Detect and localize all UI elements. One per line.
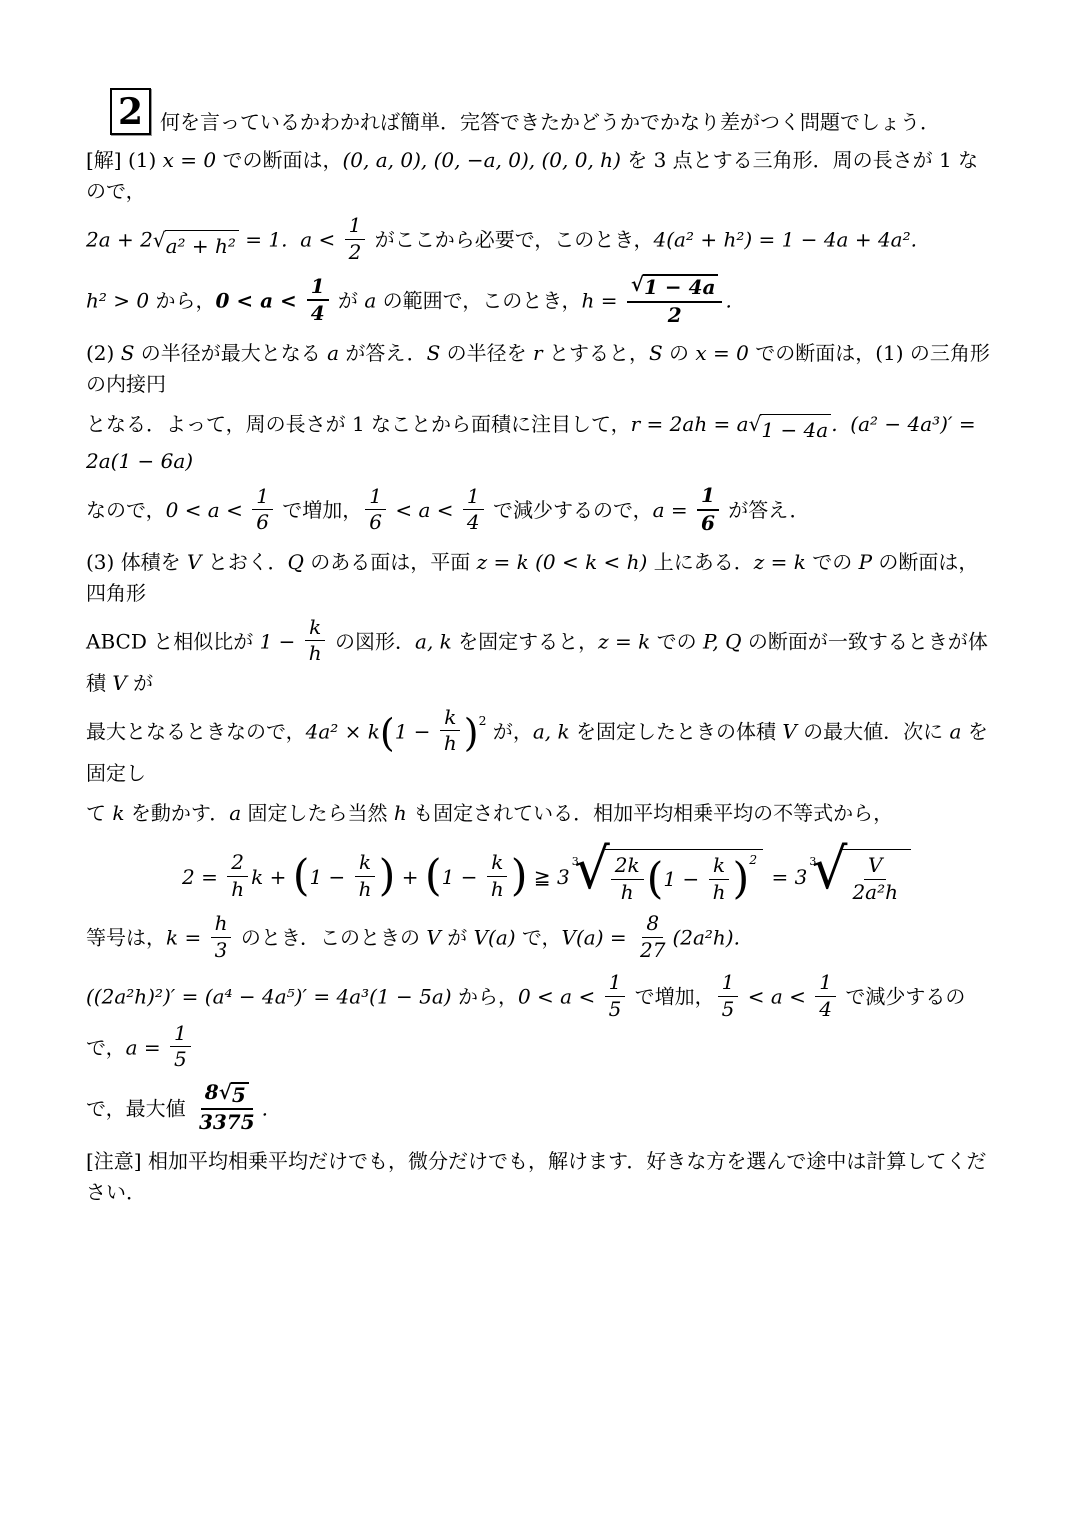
math-text: a = xyxy=(126,1035,167,1059)
numerator: 1 xyxy=(307,275,329,302)
math-text: . xyxy=(262,1096,268,1120)
denominator: 5 xyxy=(170,1047,191,1072)
math-text: V xyxy=(782,719,796,743)
jp-text: [解] (1) xyxy=(86,148,163,172)
jp-text: とおく． xyxy=(202,550,288,574)
jp-text: の最大値．次に xyxy=(797,719,950,743)
solution-line-12: 等号は，k = h3 のとき．このときの V が V(a) で，V(a) = 8… xyxy=(86,914,991,964)
math-text: < a < xyxy=(389,498,460,522)
solution-line-5: となる．よって，周の長さが 1 なことから面積に注目して，r = 2ah = a… xyxy=(86,409,991,477)
jp-text: も固定されている．相加平均相乗平均の不等式から， xyxy=(407,801,893,825)
denominator: 2 xyxy=(345,240,366,265)
math-text: 1 − xyxy=(309,865,351,889)
right-paren: ) xyxy=(464,714,479,752)
jp-text: 固定したら当然 xyxy=(241,801,394,825)
jp-text: が xyxy=(441,926,474,950)
math-text: V xyxy=(112,671,126,695)
denominator: 6 xyxy=(252,510,273,535)
fraction: 15 xyxy=(170,1022,191,1072)
jp-text: で増加， xyxy=(628,985,714,1009)
solution-line-1: [解] (1) x = 0 での断面は，(0, a, 0), (0, −a, 0… xyxy=(86,145,991,207)
math-text: a, k xyxy=(533,719,570,743)
jp-text: [注意] 相加平均相乗平均だけでも，微分だけでも，解けます．好きな方を選んで途中… xyxy=(86,1149,986,1204)
denominator: h xyxy=(617,880,638,905)
denominator: 5 xyxy=(718,997,739,1022)
math-text: (0, a, 0), (0, −a, 0), (0, 0, h) xyxy=(343,148,621,172)
math-text: 0 < a < xyxy=(518,985,602,1009)
jp-text: 等号は， xyxy=(86,926,166,950)
fraction: 16 xyxy=(697,484,719,535)
fraction: 14 xyxy=(307,275,329,326)
jp-text: (2) xyxy=(86,341,121,365)
left-paren: ( xyxy=(293,855,310,898)
jp-text: を動かす． xyxy=(124,801,229,825)
fraction: 2kh xyxy=(611,854,644,904)
denominator: 2a²h xyxy=(848,880,902,905)
jp-text: とすると， xyxy=(543,341,649,365)
denominator: h xyxy=(487,877,508,902)
radical-sign: √ xyxy=(574,847,610,893)
solution-line-10: て k を動かす．a 固定したら当然 h も固定されている．相加平均相乗平均の不… xyxy=(86,798,991,829)
jp-text: が xyxy=(332,289,365,313)
jp-text: のとき．このときの xyxy=(234,926,426,950)
jp-text: から， xyxy=(452,985,518,1009)
radical-sign: √ xyxy=(812,847,848,893)
right-paren: ) xyxy=(732,858,749,901)
right-paren: ) xyxy=(511,855,528,898)
radicand: 2kh(1 − kh)2 xyxy=(605,849,763,904)
numerator: 2 xyxy=(227,851,248,877)
math-text: P, Q xyxy=(703,629,742,653)
jp-text: で，最大値 xyxy=(86,1096,192,1120)
jp-text: なので， xyxy=(86,498,166,522)
math-text: = 3 xyxy=(765,865,807,889)
fraction: V2a²h xyxy=(848,854,902,904)
note-line: [注意] 相加平均相乗平均だけでも，微分だけでも，解けます．好きな方を選んで途中… xyxy=(86,1146,991,1208)
numerator: √1 − 4a xyxy=(627,273,723,303)
left-paren: ( xyxy=(647,858,664,901)
math-text: (2a²h). xyxy=(672,926,740,950)
document-page: 2 何を言っているかわかれば簡単．完答できたかどうかでかなり差がつく問題でしょう… xyxy=(0,0,1075,1208)
math-text: V(a) = xyxy=(562,926,633,950)
numerator: 1 xyxy=(605,971,626,997)
solution-line-6: なので，0 < a < 16 で増加，16 < a < 14 で減少するので，a… xyxy=(86,486,991,537)
jp-text: が答え． xyxy=(339,341,427,365)
jp-text: で， xyxy=(516,926,562,950)
denominator: h xyxy=(709,880,730,905)
root-index: 3 xyxy=(809,855,816,868)
fraction: 8√53375 xyxy=(195,1081,259,1135)
math-text: 1 − xyxy=(442,865,484,889)
jp-text: から， xyxy=(149,289,215,313)
jp-text: での断面は， xyxy=(216,148,342,172)
solution-line-3: h² > 0 から，0 < a < 14 が a の範囲で，このとき，h = √… xyxy=(86,275,991,329)
numerator: k xyxy=(440,706,460,732)
fraction: 15 xyxy=(605,971,626,1021)
radicand: 5 xyxy=(231,1082,249,1108)
math-text: S xyxy=(649,341,663,365)
denominator: 3 xyxy=(211,938,232,963)
math-text: 1 − xyxy=(663,867,705,891)
problem-header: 2 何を言っているかわかれば簡単．完答できたかどうかでかなり差がつく問題でしょう… xyxy=(86,88,991,135)
radicand: a² + h² xyxy=(165,230,239,262)
math-text: x = 0 xyxy=(163,148,216,172)
jp-text: の半径が最大となる xyxy=(134,341,327,365)
math-text: Q xyxy=(287,550,303,574)
math-text: a xyxy=(364,289,376,313)
math-text: 0 < a < xyxy=(166,498,250,522)
numerator: 1 xyxy=(252,485,273,511)
math-text: S xyxy=(427,341,441,365)
jp-text: の xyxy=(663,341,696,365)
jp-text: での xyxy=(650,629,703,653)
math-text: a < xyxy=(300,228,341,252)
numerator: 1 xyxy=(718,971,739,997)
denominator: 4 xyxy=(815,997,836,1022)
denominator: h xyxy=(305,641,326,666)
math-text: V(a) xyxy=(474,926,516,950)
cube-root: 3√2kh(1 − kh)2 xyxy=(572,849,763,904)
math-text: ((2a²h)²)′ = (a⁴ − 4a⁵)′ = 4a³(1 − 5a) xyxy=(86,985,452,1009)
fraction: 2h xyxy=(227,851,248,901)
numerator: k xyxy=(355,851,375,877)
jp-text: ABCD と相似比が xyxy=(86,629,260,653)
solution-line-8: ABCD と相似比が 1 − kh の図形．a, k を固定すると，z = k … xyxy=(86,618,991,699)
math-text: h = xyxy=(581,289,623,313)
math-text: 1 − xyxy=(395,719,437,743)
square-root: √a² + h² xyxy=(153,230,239,262)
jp-text: となる．よって，周の長さが 1 なことから面積に注目して， xyxy=(86,412,631,436)
jp-text: (3) 体積を xyxy=(86,550,187,574)
denominator: 4 xyxy=(307,301,329,326)
denominator: h xyxy=(440,731,461,756)
fraction: h3 xyxy=(211,912,232,962)
math-text: z = k xyxy=(754,550,806,574)
math-text: a, k xyxy=(415,629,452,653)
jp-text: の範囲で，このとき， xyxy=(376,289,581,313)
solution-line-7: (3) 体積を V とおく．Q のある面は，平面 z = k (0 < k < … xyxy=(86,547,991,609)
solution-line-4: (2) S の半径が最大となる a が答え．S の半径を r とすると，S の … xyxy=(86,338,991,400)
math-text: a xyxy=(950,719,962,743)
numerator: 1 xyxy=(463,485,484,511)
math-text: h² > 0 xyxy=(86,289,149,313)
math-text: S xyxy=(121,341,135,365)
cube-root: 3√V2a²h xyxy=(809,849,911,904)
math-text: a = xyxy=(653,498,694,522)
fraction: kh xyxy=(355,851,376,901)
jp-text: の図形． xyxy=(329,629,415,653)
denominator: 27 xyxy=(636,938,669,963)
denominator: 6 xyxy=(365,510,386,535)
fraction: 12 xyxy=(345,214,366,264)
math-text: h xyxy=(394,801,407,825)
coefficient: 8 xyxy=(205,1080,219,1104)
numerator: k xyxy=(305,616,325,642)
jp-text: のある面は，平面 xyxy=(304,550,477,574)
numerator: h xyxy=(211,912,232,938)
math-text: + xyxy=(395,865,424,889)
fraction: 14 xyxy=(463,485,484,535)
math-text: r = 2ah = a xyxy=(631,412,749,436)
jp-text: 最大となるときなので， xyxy=(86,719,306,743)
math-text: k xyxy=(112,801,124,825)
square-root: √1 − 4a xyxy=(631,274,719,300)
left-paren: ( xyxy=(425,855,442,898)
denominator: 6 xyxy=(697,511,719,536)
solution-line-2: 2a + 2√a² + h² = 1. a < 12 がここから必要で，このとき… xyxy=(86,216,991,266)
display-equation: 2 = 2h k + ( 1 − kh ) + ( 1 − kh ) ≧ 3 3… xyxy=(182,849,991,904)
math-text: P xyxy=(859,550,872,574)
fraction: 14 xyxy=(815,971,836,1021)
fraction: kh xyxy=(440,706,461,756)
fraction: 16 xyxy=(365,485,386,535)
denominator: 2 xyxy=(664,303,686,328)
denominator: 5 xyxy=(605,997,626,1022)
math-text: ≧ 3 xyxy=(527,865,569,889)
fraction: 827 xyxy=(636,912,669,962)
jp-text: を固定したときの体積 xyxy=(570,719,783,743)
fraction: 15 xyxy=(718,971,739,1021)
math-text: k = xyxy=(166,926,208,950)
radicand: V2a²h xyxy=(842,849,911,904)
math-text: x = 0 xyxy=(695,341,748,365)
math-text: 2 = xyxy=(182,865,224,889)
jp-text: の半径を xyxy=(440,341,533,365)
jp-text: が答え． xyxy=(722,498,810,522)
jp-text: で増加， xyxy=(276,498,362,522)
numerator: 8√5 xyxy=(201,1081,253,1111)
numerator: k xyxy=(487,851,507,877)
problem-number-box: 2 xyxy=(110,88,151,135)
jp-text: がここから必要で，このとき， xyxy=(368,228,653,252)
solution-line-9: 最大となるときなので，4a² × k(1 − kh)2 が，a, k を固定した… xyxy=(86,708,991,789)
jp-text: で減少するので， xyxy=(487,498,653,522)
left-paren: ( xyxy=(380,714,395,752)
math-text: 4a² × k xyxy=(306,719,380,743)
math-text: r xyxy=(533,341,543,365)
numerator: 1 xyxy=(345,214,366,240)
denominator: 3375 xyxy=(195,1110,259,1135)
denominator: 4 xyxy=(463,510,484,535)
jp-text: を固定すると， xyxy=(452,629,598,653)
math-text-bold: 0 < a < xyxy=(215,289,303,313)
numerator: 1 xyxy=(697,484,719,511)
numerator: 1 xyxy=(365,485,386,511)
solution-line-13: ((2a²h)²)′ = (a⁴ − 4a⁵)′ = 4a³(1 − 5a) か… xyxy=(86,973,991,1073)
exponent: 2 xyxy=(479,713,487,728)
denominator: h xyxy=(355,877,376,902)
radicand: 1 − 4a xyxy=(643,274,718,300)
math-text: 4(a² + h²) = 1 − 4a + 4a². xyxy=(654,228,917,252)
math-text: < a < xyxy=(741,985,812,1009)
math-text: V xyxy=(187,550,201,574)
math-text: 2a + 2 xyxy=(86,228,153,252)
fraction: kh xyxy=(709,854,730,904)
math-text: a xyxy=(229,801,241,825)
math-text: k + xyxy=(251,865,293,889)
numerator: 2k xyxy=(611,854,644,880)
math-text: . xyxy=(725,289,731,313)
square-root: √5 xyxy=(219,1082,249,1108)
math-text: z = k (0 < k < h) xyxy=(477,550,648,574)
radicand: 1 − 4a xyxy=(760,414,831,446)
numerator: V xyxy=(864,854,886,880)
intro-text: 何を言っているかわかれば簡単．完答できたかどうかでかなり差がつく問題でしょう． xyxy=(160,110,940,135)
jp-text: て xyxy=(86,801,112,825)
math-text: V xyxy=(426,926,440,950)
fraction: kh xyxy=(487,851,508,901)
jp-text: での xyxy=(806,550,859,574)
right-paren: ) xyxy=(379,855,396,898)
jp-text: が， xyxy=(487,719,533,743)
root-index: 3 xyxy=(572,855,579,868)
numerator: 1 xyxy=(815,971,836,997)
solution-line-14: で，最大値 8√53375. xyxy=(86,1083,991,1137)
square-root: √1 − 4a xyxy=(749,414,832,446)
denominator: h xyxy=(227,877,248,902)
numerator: 1 xyxy=(170,1022,191,1048)
math-text: 1 − xyxy=(260,629,302,653)
numerator: k xyxy=(709,854,729,880)
math-text: z = k xyxy=(598,629,650,653)
numerator: 8 xyxy=(642,912,663,938)
jp-text: 上にある． xyxy=(647,550,753,574)
exponent: 2 xyxy=(749,852,757,867)
fraction: 16 xyxy=(252,485,273,535)
math-text: = 1. xyxy=(239,228,300,252)
fraction: kh xyxy=(305,616,326,666)
jp-text: が xyxy=(127,671,153,695)
math-text: a xyxy=(327,341,339,365)
fraction: √1 − 4a2 xyxy=(627,273,723,327)
